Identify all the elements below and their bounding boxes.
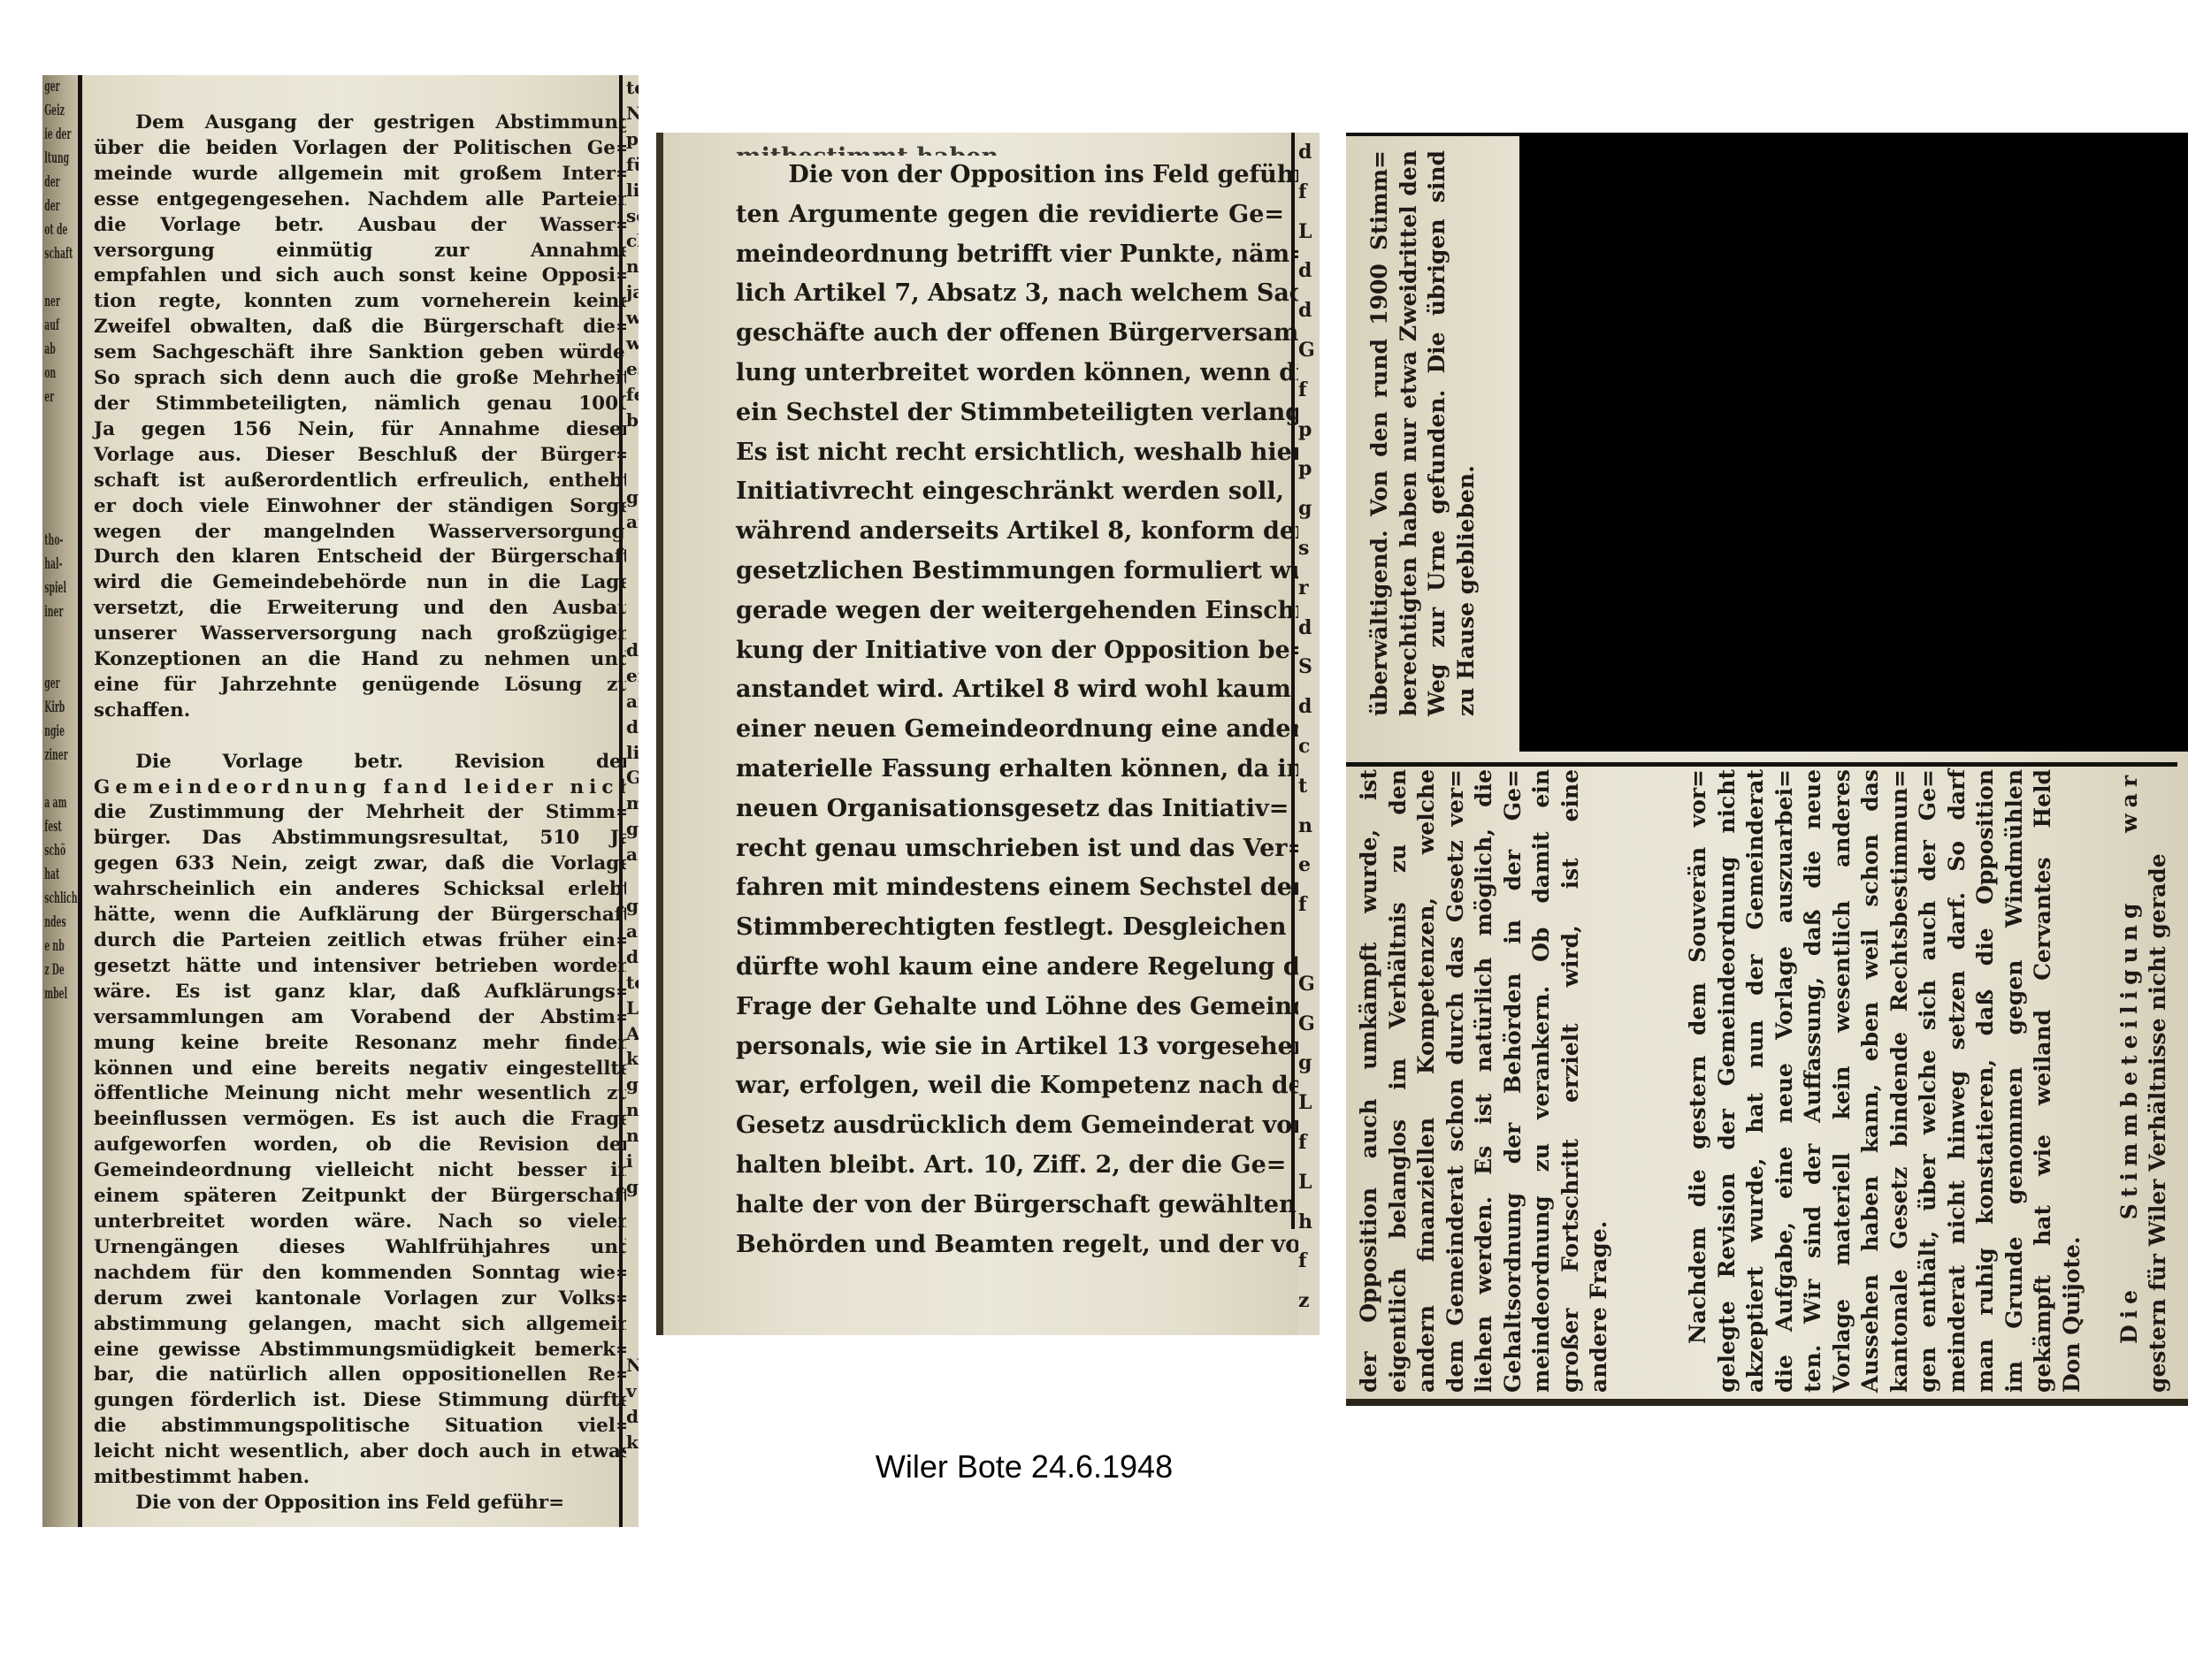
text-line: beeinflussen vermögen. Es ist auch die F…	[94, 1107, 631, 1133]
text-line: meindeordnung betrifft vier Punkte, näm=	[736, 235, 1284, 275]
text-fragment: fer	[626, 382, 639, 408]
text-line: Gemeindeordnung fand leider nicht	[94, 775, 631, 801]
text-line: im Grunde genommen gegen Windmühlen	[2001, 769, 2030, 1393]
text-line: Die von der Opposition ins Feld geführ=	[736, 156, 1284, 195]
text-line: dürfte wohl kaum eine andere Regelung de…	[736, 948, 1284, 988]
text-line: ein Sechstel der Stimmbeteiligten verlan…	[736, 393, 1284, 433]
text-line: unserer Wasserversorgung nach großzügige…	[94, 622, 631, 647]
text-line: berechtigten haben nur etwa Zweidrittel …	[1395, 150, 1424, 716]
text-fragment	[42, 505, 63, 529]
text-fragment: k	[626, 1430, 639, 1455]
text-fragment: g	[1298, 489, 1320, 529]
text-fragment: g	[626, 816, 639, 842]
text-fragment: to	[626, 970, 639, 996]
text-fragment	[42, 648, 63, 672]
text-fragment	[626, 433, 639, 459]
top-rule	[1346, 133, 1519, 136]
text-line: gekämpft hat wie weiland Cervantes Held	[2029, 769, 2058, 1393]
text-line: schaft ist außerordentlich erfreulich, e…	[94, 469, 631, 494]
text-fragment	[626, 1302, 639, 1328]
text-line: unterbreitet worden wäre. Nach so vielen	[94, 1210, 631, 1235]
text-fragment: de	[626, 714, 639, 740]
rotated-text-block-right: Nachdem die gestern dem Souverän vor=gel…	[1684, 769, 2173, 1393]
text-fragment: d	[626, 944, 639, 970]
text-line: großer Fortschritt erzielt wird, ist ein…	[1557, 769, 1586, 1393]
text-line: So sprach sich denn auch die große Mehrh…	[94, 366, 631, 392]
text-fragment: hal-	[42, 553, 63, 577]
text-fragment: wi	[626, 305, 639, 331]
text-fragment: mbel	[42, 982, 63, 1006]
text-fragment	[42, 767, 63, 791]
text-line: dem Gemeinderat schon durch das Gesetz v…	[1442, 769, 1471, 1393]
text-line: Vorlage aus. Dieser Beschluß der Bürger=	[94, 443, 631, 469]
text-line: andern finanziellen Kompetenzen, welche	[1412, 769, 1442, 1393]
text-line: bar, die natürlich allen oppositionellen…	[94, 1363, 631, 1388]
text-line: bürger. Das Abstimmungsresultat, 510 Ja	[94, 826, 631, 851]
text-line: Die Vorlage betr. Revision der	[94, 750, 631, 775]
text-line: Frage der Gehalte und Löhne des Gemeinde…	[736, 988, 1284, 1027]
text-line: Behörden und Beamten regelt, und der von	[736, 1226, 1284, 1265]
text-line: er doch viele Einwohner der ständigen So…	[94, 494, 631, 520]
text-line: gerade wegen der weitergehenden Einschrä…	[736, 592, 1284, 631]
text-line: der Stimmbeteiligten, nämlich genau 1000	[94, 392, 631, 417]
text-fragment: n	[626, 1097, 639, 1123]
text-line: über die beiden Vorlagen der Politischen…	[94, 136, 631, 162]
text-fragment: S	[1298, 647, 1320, 687]
text-line: Die Stimmbeteiligung war	[2115, 769, 2145, 1393]
column-rule	[619, 75, 623, 1527]
text-fragment: sor	[626, 203, 639, 229]
next-column-fragment: tenNiplafülliesorchenojahwiwiesferbli ge…	[626, 75, 639, 1527]
text-fragment: hat	[42, 863, 63, 887]
text-fragment: a	[626, 919, 639, 944]
text-fragment: der	[42, 195, 63, 218]
text-fragment: f	[1298, 1123, 1320, 1163]
text-fragment: no	[626, 254, 639, 279]
text-line: mitbestimmt haben.	[94, 1465, 631, 1491]
text-line: andere Frage.	[1585, 769, 1614, 1393]
text-line: zu Hause geblieben.	[1452, 150, 1481, 716]
text-fragment: p	[1298, 410, 1320, 450]
text-line: gestern für Wiler Verhältnisse nicht ger…	[2144, 769, 2173, 1393]
text-line: mung keine breite Resonanz mehr finden	[94, 1031, 631, 1057]
text-line: nachdem für den kommenden Sonntag wie=	[94, 1261, 631, 1287]
clipping-panel-3-rotated: überwältigend. Von den rund 1900 Stimm=b…	[1346, 133, 2188, 1406]
text-line: gen enthält, über welche sich auch der G…	[1914, 769, 1943, 1393]
text-line: Urnengängen dieses Wahlfrühjahres und	[94, 1235, 631, 1261]
section-rule	[1346, 762, 2177, 767]
text-fragment: ziner	[42, 744, 63, 767]
text-line: die abstimmungspolitische Situation viel…	[94, 1414, 631, 1439]
text-fragment: Geiz	[42, 99, 63, 123]
text-line	[2086, 769, 2115, 1393]
text-fragment	[626, 459, 639, 485]
text-fragment: schö	[42, 839, 63, 863]
text-line: wäre. Es ist ganz klar, daß Aufklärungs=	[94, 980, 631, 1005]
text-line: Vorlage materiell kein wesentlich andere…	[1828, 769, 1857, 1393]
text-fragment: n	[626, 1123, 639, 1149]
text-fragment: s	[1298, 529, 1320, 569]
text-fragment: Kirb	[42, 696, 63, 720]
text-fragment: g	[626, 1072, 639, 1097]
article-text-column-2: mitbestimmt haben. Die von der Oppositio…	[736, 157, 1284, 1264]
text-fragment: L	[626, 996, 639, 1021]
text-line: Initiativrecht eingeschränkt werden soll…	[736, 472, 1284, 512]
text-fragment: d	[1298, 687, 1320, 727]
text-fragment: jah	[626, 279, 639, 305]
text-fragment: che	[626, 228, 639, 254]
redaction-box	[1519, 133, 2188, 752]
text-line: fahren mit mindestens einem Sechstel der	[736, 868, 1284, 908]
text-fragment	[1298, 925, 1320, 965]
text-line: Weg zur Urne gefunden. Die übrigen sind	[1423, 150, 1452, 716]
text-fragment	[626, 1200, 639, 1226]
text-fragment: f	[1298, 370, 1320, 410]
text-line: schaffen.	[94, 699, 631, 724]
text-line: hätte, wenn die Aufklärung der Bürgersch…	[94, 903, 631, 928]
text-fragment: ie der	[42, 123, 63, 147]
text-fragment: e nb	[42, 935, 63, 958]
text-line: aufgeworfen worden, ob die Revision der	[94, 1133, 631, 1158]
text-fragment	[42, 481, 63, 505]
text-line	[94, 724, 631, 750]
text-fragment	[626, 1251, 639, 1277]
text-line: die Zustimmung der Mehrheit der Stimm=	[94, 800, 631, 826]
text-fragment: Ni	[626, 101, 639, 126]
text-fragment: k	[626, 1046, 639, 1072]
text-fragment: N	[626, 1353, 639, 1378]
text-line: derum zwei kantonale Vorlagen zur Volks=	[94, 1287, 631, 1312]
text-line: gungen förderlich ist. Diese Stimmung dü…	[94, 1388, 631, 1414]
text-line: Gehaltsordnung der Behörden in der Ge=	[1499, 769, 1528, 1393]
text-fragment	[626, 1226, 639, 1251]
text-line: gesetzt hätte und intensiver betrieben w…	[94, 954, 631, 980]
text-fragment: de	[626, 638, 639, 663]
rotated-text-block-top: überwältigend. Von den rund 1900 Stimm=b…	[1366, 150, 1480, 716]
text-line: personals, wie sie in Artikel 13 vorgese…	[736, 1027, 1284, 1067]
adjacent-page-margin: gerGeizie derltungderderot deschaft nera…	[42, 75, 80, 1527]
text-line: man ruhig konstatieren, daß die Oppositi…	[1971, 769, 2001, 1393]
text-line: Aussehen haben kann, eben weil schon das	[1856, 769, 1886, 1393]
text-fragment: ge	[626, 485, 639, 510]
text-line: gelegte Revision der Gemeindeordnung nic…	[1713, 769, 1742, 1393]
text-line: kantonale Gesetz bindende Rechtsbestimmu…	[1886, 769, 1915, 1393]
text-line: eine für Jahrzehnte genügende Lösung zu	[94, 673, 631, 699]
text-fragment: z De	[42, 958, 63, 982]
text-fragment: a am	[42, 791, 63, 815]
text-line: Es ist nicht recht ersichtlich, weshalb …	[736, 433, 1284, 473]
text-line: empfahlen und sich auch sonst keine Oppo…	[94, 263, 631, 289]
text-fragment: g	[1298, 1043, 1320, 1083]
page-gutter-rule	[78, 75, 82, 1527]
text-fragment: a	[626, 842, 639, 867]
text-fragment: der	[42, 171, 63, 195]
text-fragment: m	[626, 790, 639, 816]
text-fragment: an	[626, 509, 639, 535]
clipping-panel-1: gerGeizie derltungderderot deschaft nera…	[42, 75, 639, 1527]
text-fragment: f	[1298, 885, 1320, 925]
text-fragment	[626, 535, 639, 561]
text-fragment: ot de	[42, 218, 63, 242]
text-fragment: t	[1298, 767, 1320, 806]
text-line: Dem Ausgang der gestrigen Abstimmung	[94, 111, 631, 136]
text-fragment: z	[1298, 1281, 1320, 1321]
text-fragment: d	[626, 1404, 639, 1430]
bottom-edge	[1346, 1399, 2188, 1406]
cut-off-line: mitbestimmt haben.	[736, 138, 1284, 156]
text-line: Don Quijote.	[2058, 769, 2087, 1393]
text-fragment: r	[1298, 569, 1320, 608]
text-line: einem späteren Zeitpunkt der Bürgerschaf…	[94, 1184, 631, 1210]
text-line: versorgung einmütig zur Annahme	[94, 239, 631, 264]
rotated-text-block-left: der Opposition auch umkämpft wurde, iste…	[1355, 769, 1614, 1393]
text-fragment: schlich	[42, 887, 63, 911]
text-fragment: fest	[42, 815, 63, 839]
text-line: lich Artikel 7, Absatz 3, nach welchem S…	[736, 274, 1284, 314]
text-line: Gesetz ausdrücklich dem Gemeinderat vorb…	[736, 1106, 1284, 1146]
text-line: Konzeptionen an die Hand zu nehmen und	[94, 647, 631, 673]
text-line: die Vorlage betr. Ausbau der Wasser=	[94, 213, 631, 239]
text-fragment: ndes	[42, 911, 63, 935]
text-fragment: n	[1298, 806, 1320, 846]
text-line: akzeptiert wurde, hat nun der Gemeindera…	[1741, 769, 1771, 1393]
text-fragment: ner	[42, 290, 63, 314]
text-line: recht genau umschrieben ist und das Ver=	[736, 829, 1284, 869]
text-line: materielle Fassung erhalten können, da i…	[736, 750, 1284, 790]
text-line: halte der von der Bürgerschaft gewählten	[736, 1186, 1284, 1226]
text-line: Die von der Opposition ins Feld geführ=	[94, 1491, 631, 1516]
text-fragment: iner	[42, 600, 63, 624]
text-fragment: ar	[626, 689, 639, 714]
text-fragment: auf	[42, 314, 63, 338]
text-fragment: d	[1298, 291, 1320, 331]
text-line: während anderseits Artikel 8, konform de…	[736, 512, 1284, 552]
text-line: tion regte, konnten zum vorneherein kein…	[94, 289, 631, 315]
text-line: einer neuen Gemeindeordnung eine andere	[736, 710, 1284, 750]
text-fragment: spiel	[42, 577, 63, 600]
text-line: war, erfolgen, weil die Kompetenz nach d…	[736, 1066, 1284, 1106]
text-fragment: d	[1298, 608, 1320, 648]
text-line: Nachdem die gestern dem Souverän vor=	[1684, 769, 1713, 1393]
text-fragment	[42, 457, 63, 481]
text-line: esse entgegengesehen. Nachdem alle Parte…	[94, 187, 631, 213]
text-line: meindeordnung zu verankern. Ob damit ein	[1527, 769, 1557, 1393]
text-fragment	[626, 586, 639, 612]
text-fragment: L	[1298, 1083, 1320, 1123]
text-fragment: bli	[626, 408, 639, 433]
text-fragment: A	[626, 1021, 639, 1047]
text-line: öffentliche Meinung nicht mehr wesentlic…	[94, 1081, 631, 1107]
text-line: liehen werden. Es ist natürlich möglich,…	[1470, 769, 1499, 1393]
text-line: Zweifel obwalten, daß die Bürgerschaft d…	[94, 315, 631, 340]
text-fragment: fül	[626, 152, 639, 178]
text-line: Ja gegen 156 Nein, für Annahme dieser	[94, 417, 631, 443]
text-line: halten bleibt. Art. 10, Ziff. 2, der die…	[736, 1146, 1284, 1186]
source-caption: Wiler Bote 24.6.1948	[778, 1448, 1270, 1485]
column-rule	[1291, 133, 1295, 1229]
text-line: die Aufgabe, eine neue Vorlage auszuarbe…	[1771, 769, 1800, 1393]
text-line: abstimmung gelangen, macht sich allgemei…	[94, 1312, 631, 1338]
text-line: eine gewisse Abstimmungsmüdigkeit bemerk…	[94, 1338, 631, 1363]
text-fragment: ltung	[42, 147, 63, 171]
text-fragment: G	[1298, 1004, 1320, 1044]
text-fragment: ngie	[42, 720, 63, 744]
text-fragment: ger	[42, 672, 63, 696]
text-line: kung der Initiative von der Opposition b…	[736, 631, 1284, 671]
page-edge-shadow	[656, 133, 663, 1335]
text-line: leicht nicht wesentlich, aber doch auch …	[94, 1439, 631, 1465]
text-fragment	[626, 1277, 639, 1302]
text-line: versetzt, die Erweiterung und den Ausbau	[94, 596, 631, 622]
text-line: ten Argumente gegen die revidierte Ge=	[736, 195, 1284, 235]
text-line: Stimmberechtigten festlegt. Desgleichen	[736, 908, 1284, 948]
text-fragment: li	[626, 740, 639, 766]
text-line: sem Sachgeschäft ihre Sanktion geben wür…	[94, 340, 631, 366]
text-fragment: d	[1298, 133, 1320, 172]
text-fragment: es	[626, 356, 639, 382]
text-fragment	[42, 409, 63, 433]
text-fragment: on	[42, 362, 63, 386]
next-column-fragment: dfLddGfppgsrdSdctnef GGgLfLhfz	[1298, 133, 1320, 1335]
text-line: überwältigend. Von den rund 1900 Stimm=	[1366, 150, 1395, 716]
text-fragment: i	[626, 1149, 639, 1174]
text-fragment: G	[626, 765, 639, 790]
text-fragment: ei	[626, 663, 639, 689]
text-line: können und eine bereits negativ eingeste…	[94, 1057, 631, 1082]
text-fragment: ten	[626, 75, 639, 101]
text-fragment: G	[1298, 965, 1320, 1004]
text-fragment: v	[626, 1378, 639, 1404]
text-fragment: er	[42, 386, 63, 409]
text-fragment: c	[1298, 727, 1320, 767]
text-fragment	[42, 433, 63, 457]
text-fragment: e	[1298, 845, 1320, 885]
text-line: meinde wurde allgemein mit großem Inter=	[94, 162, 631, 187]
text-line: wegen der mangelnden Wasserversorgung.	[94, 520, 631, 546]
text-line: geschäfte auch der offenen Bürgerversamm…	[736, 314, 1284, 354]
text-line: der Opposition auch umkämpft wurde, ist	[1355, 769, 1384, 1393]
text-line: wird die Gemeindebehörde nun in die Lage	[94, 570, 631, 596]
text-fragment	[626, 612, 639, 638]
text-fragment: ab	[42, 338, 63, 362]
text-fragment: h	[1298, 1203, 1320, 1242]
text-fragment: g	[626, 1174, 639, 1200]
text-line: neuen Organisationsgesetz das Initiativ=	[736, 790, 1284, 829]
text-fragment: p	[1298, 449, 1320, 489]
text-line: gesetzlichen Bestimmungen formuliert wur…	[736, 552, 1284, 592]
text-fragment	[626, 561, 639, 586]
text-fragment: lie	[626, 178, 639, 203]
clipping-panel-2: mitbestimmt haben. Die von der Oppositio…	[656, 133, 1320, 1335]
text-fragment: schaft	[42, 242, 63, 266]
text-fragment: pla	[626, 126, 639, 152]
text-fragment: L	[1298, 212, 1320, 252]
text-fragment: f	[1298, 172, 1320, 212]
text-line: durch die Parteien zeitlich etwas früher…	[94, 928, 631, 954]
text-line: Durch den klaren Entscheid der Bürgersch…	[94, 545, 631, 570]
text-fragment: ger	[42, 75, 63, 99]
text-fragment: L	[1298, 1163, 1320, 1203]
text-line: lung unterbreitet worden können, wenn di…	[736, 354, 1284, 393]
text-line: meinderat nicht hinweg setzen darf. So d…	[1943, 769, 1972, 1393]
text-fragment	[42, 624, 63, 648]
text-line: Gemeindeordnung vielleicht nicht besser …	[94, 1158, 631, 1184]
text-fragment	[626, 1327, 639, 1353]
text-line: eigentlich belanglos im Verhältnis zu de…	[1384, 769, 1413, 1393]
text-fragment	[626, 867, 639, 893]
text-fragment: G	[1298, 331, 1320, 370]
article-text-column-1: Dem Ausgang der gestrigen Abstimmungüber…	[94, 111, 631, 1516]
text-fragment: wi	[626, 331, 639, 356]
text-fragment: tho-	[42, 529, 63, 553]
text-fragment: f	[1298, 1241, 1320, 1281]
text-line: gegen 633 Nein, zeigt zwar, daß die Vorl…	[94, 851, 631, 877]
text-line: wahrscheinlich ein anderes Schicksal erl…	[94, 877, 631, 903]
text-line: ten. Wir sind der Auffassung, daß die ne…	[1799, 769, 1828, 1393]
text-fragment: d	[1298, 251, 1320, 291]
text-fragment: g	[626, 893, 639, 919]
text-line: versammlungen am Vorabend der Abstim=	[94, 1005, 631, 1031]
text-fragment	[42, 266, 63, 290]
text-line: anstandet wird. Artikel 8 wird wohl kaum…	[736, 670, 1284, 710]
